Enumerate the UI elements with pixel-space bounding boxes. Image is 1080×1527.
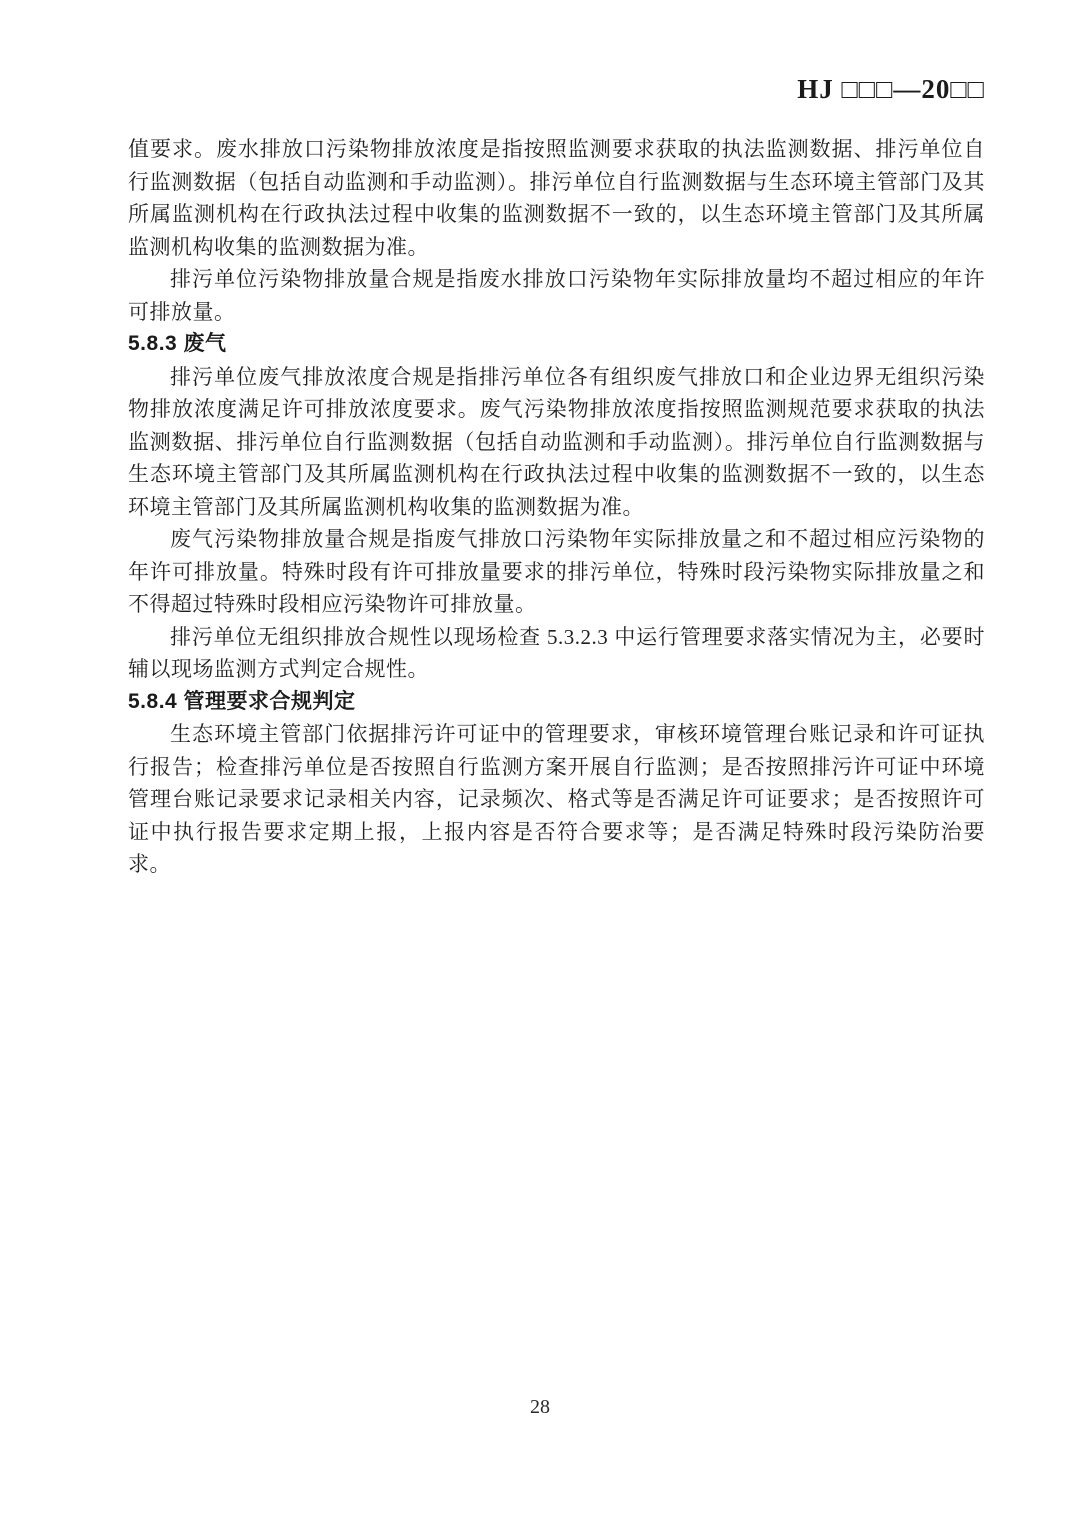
- document-page: HJ □□□—20□□ 值要求。废水排放口污染物排放浓度是指按照监测要求获取的执…: [0, 0, 1080, 1527]
- paragraph-fugitive-emission-compliance: 排污单位无组织排放合规性以现场检查 5.3.2.3 中运行管理要求落实情况为主，…: [128, 621, 985, 686]
- page-footer: 28: [0, 1396, 1080, 1419]
- paragraph-waste-gas-emission-amount: 废气污染物排放量合规是指废气排放口污染物年实际排放量之和不超过相应污染物的年许可…: [128, 523, 985, 621]
- paragraph-waste-gas-concentration: 排污单位废气排放浓度合规是指排污单位各有组织废气排放口和企业边界无组织污染物排放…: [128, 361, 985, 524]
- paragraph-wastewater-emission-amount: 排污单位污染物排放量合规是指废水排放口污染物年实际排放量均不超过相应的年许可排放…: [128, 263, 985, 328]
- page-number: 28: [530, 1396, 550, 1418]
- paragraph-wastewater-concentration-continued: 值要求。废水排放口污染物排放浓度是指按照监测要求获取的执法监测数据、排污单位自行…: [128, 133, 985, 263]
- section-heading-5-8-4: 5.8.4 管理要求合规判定: [128, 686, 985, 719]
- section-heading-5-8-3: 5.8.3 废气: [128, 328, 985, 361]
- paragraph-management-requirement-compliance: 生态环境主管部门依据排污许可证中的管理要求，审核环境管理台账记录和许可证执行报告…: [128, 718, 985, 881]
- page-header: HJ □□□—20□□: [128, 74, 985, 105]
- standard-number: HJ □□□—20□□: [797, 74, 985, 104]
- document-body: 值要求。废水排放口污染物排放浓度是指按照监测要求获取的执法监测数据、排污单位自行…: [128, 133, 985, 881]
